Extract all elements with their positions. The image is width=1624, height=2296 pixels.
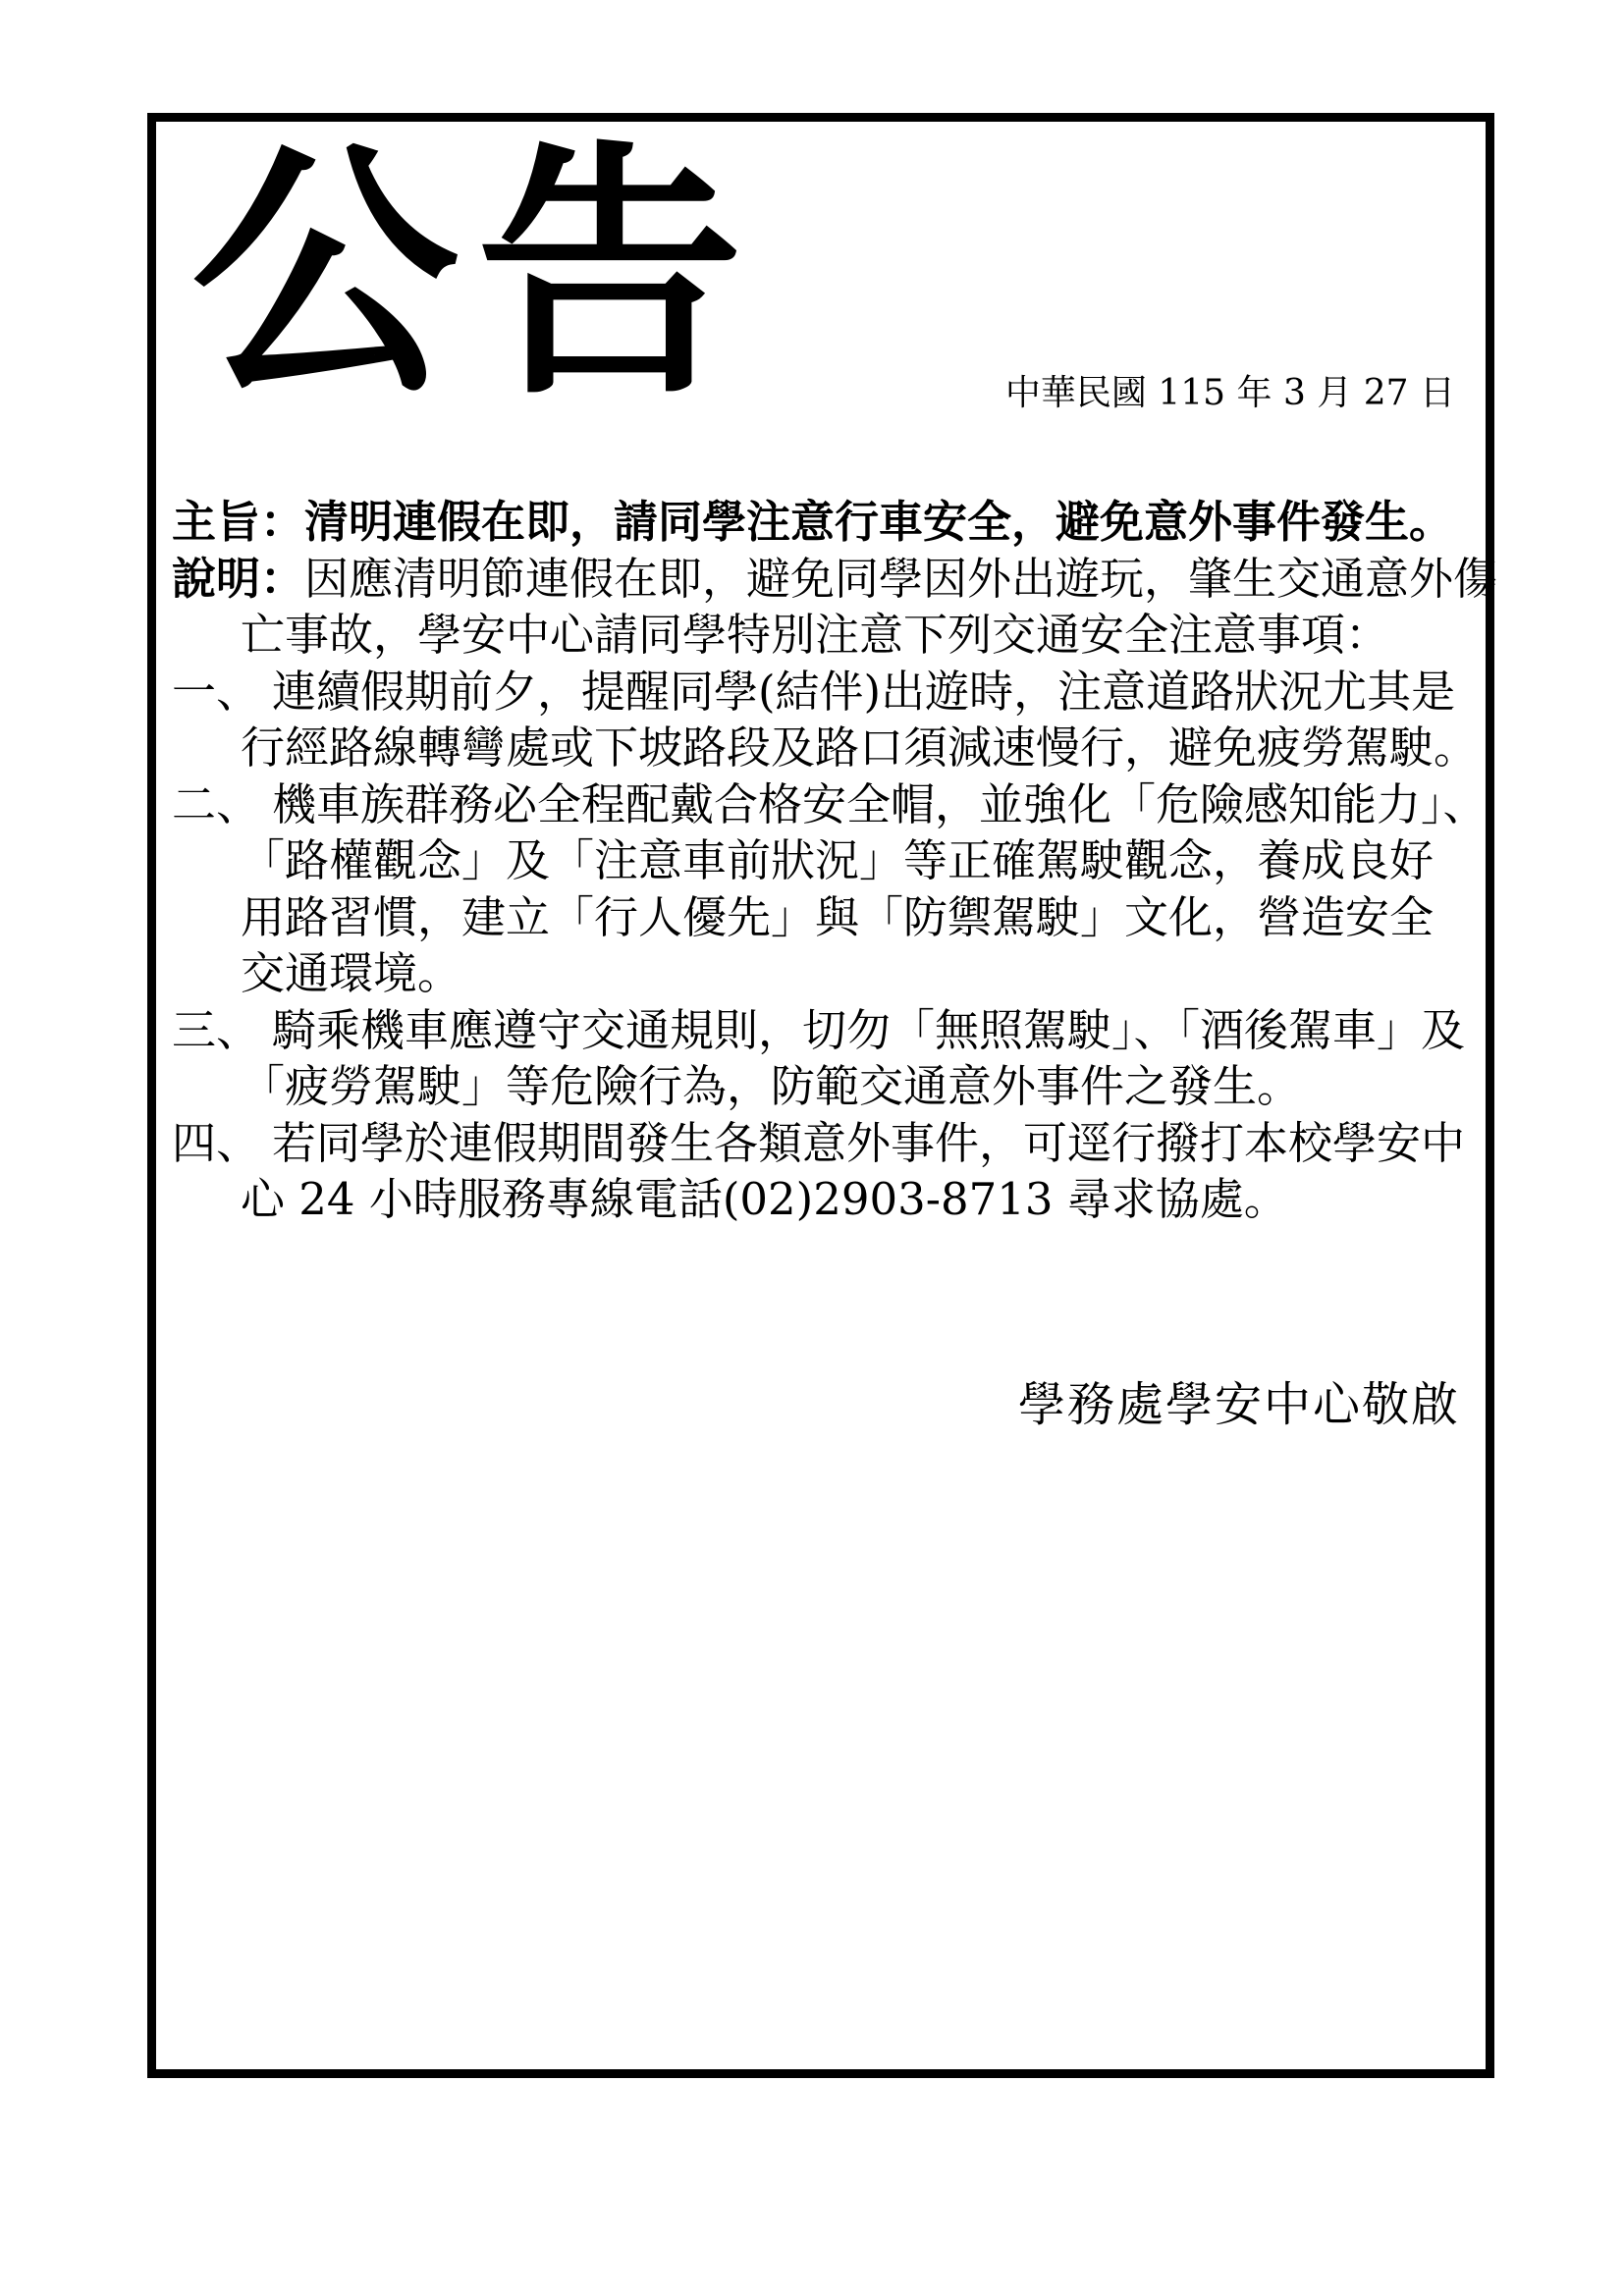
item-2-text-continued-3: 交通環境。 — [241, 947, 461, 999]
item-1-text-continued: 行經路線轉彎處或下坡路段及路口須減速慢行，避免疲勞駕駛。 — [241, 721, 1478, 774]
explanation-line: 說明：因應清明節連假在即，避免同學因外出遊玩，肇生交通意外傷 — [172, 551, 1478, 608]
item-3-line-continued: 「疲勞駕駛」等危險行為，防範交通意外事件之發生。 — [172, 1058, 1478, 1115]
subject-text: 清明連假在即，請同學注意行車安全，避免意外事件發生。 — [304, 496, 1453, 548]
item-3-line: 三、騎乘機車應遵守交通規則，切勿「無照駕駛」、「酒後駕車」及 — [172, 1002, 1478, 1059]
item-2-text: 機車族群務必全程配戴合格安全帽，並強化「危險感知能力」、 — [272, 778, 1488, 830]
explanation-line-continued: 亡事故，學安中心請同學特別注意下列交通安全注意事項： — [172, 607, 1478, 664]
announcement-body: 主旨：清明連假在即，請同學注意行車安全，避免意外事件發生。 說明：因應清明節連假… — [172, 494, 1478, 1228]
item-3-text-continued: 「疲勞駕駛」等危險行為，防範交通意外事件之發生。 — [241, 1060, 1301, 1112]
subject-label: 主旨： — [172, 494, 304, 551]
item-2-number: 二、 — [172, 776, 272, 833]
signature: 學務處學安中心敬啟 — [1018, 1366, 1460, 1434]
item-3-number: 三、 — [172, 1002, 272, 1059]
item-2-text-continued-2: 用路習慣，建立「行人優先」與「防禦駕駛」文化，營造安全 — [241, 891, 1434, 943]
item-1-line-continued: 行經路線轉彎處或下坡路段及路口須減速慢行，避免疲勞駕駛。 — [172, 720, 1478, 776]
item-2-line-continued-1: 「路權觀念」及「注意車前狀況」等正確駕駛觀念，養成良好 — [172, 832, 1478, 889]
explanation-label: 說明： — [172, 551, 304, 608]
item-2-line-continued-3: 交通環境。 — [172, 945, 1478, 1002]
item-4-text: 若同學於連假期間發生各類意外事件，可逕行撥打本校學安中 — [272, 1117, 1465, 1169]
item-1-number: 一、 — [172, 664, 272, 721]
item-2-text-continued-1: 「路權觀念」及「注意車前狀況」等正確駕駛觀念，養成良好 — [241, 834, 1434, 886]
subject-line: 主旨：清明連假在即，請同學注意行車安全，避免意外事件發生。 — [172, 494, 1478, 551]
item-2-line-continued-2: 用路習慣，建立「行人優先」與「防禦駕駛」文化，營造安全 — [172, 889, 1478, 946]
explanation-text: 因應清明節連假在即，避免同學因外出遊玩，肇生交通意外傷 — [304, 553, 1497, 605]
item-2-line: 二、機車族群務必全程配戴合格安全帽，並強化「危險感知能力」、 — [172, 776, 1478, 833]
explanation-text-continued: 亡事故，學安中心請同學特別注意下列交通安全注意事項： — [241, 609, 1389, 661]
item-1-line: 一、連續假期前夕，提醒同學(結伴)出遊時，注意道路狀況尤其是 — [172, 664, 1478, 721]
announcement-page: 公告 中華民國 115 年 3 月 27 日 主旨：清明連假在即，請同學注意行車… — [0, 0, 1624, 2296]
item-4-line: 四、若同學於連假期間發生各類意外事件，可逕行撥打本校學安中 — [172, 1115, 1478, 1172]
item-4-text-continued: 心 24 小時服務專線電話(02)2903-8713 尋求協處。 — [241, 1173, 1288, 1225]
item-4-line-continued: 心 24 小時服務專線電話(02)2903-8713 尋求協處。 — [172, 1171, 1478, 1228]
item-3-text: 騎乘機車應遵守交通規則，切勿「無照駕駛」、「酒後駕車」及 — [272, 1004, 1465, 1056]
item-1-text: 連續假期前夕，提醒同學(結伴)出遊時，注意道路狀況尤其是 — [272, 666, 1455, 718]
item-4-number: 四、 — [172, 1115, 272, 1172]
page-title: 公告 — [191, 128, 761, 421]
document-date: 中華民國 115 年 3 月 27 日 — [1005, 365, 1455, 415]
